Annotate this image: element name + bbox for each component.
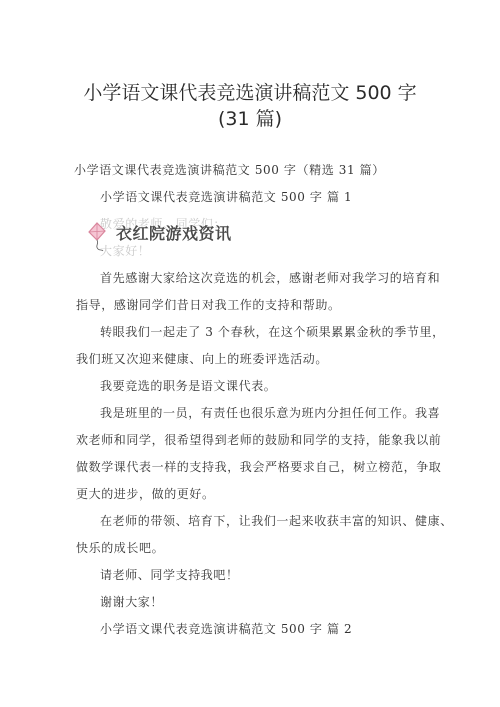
document-title-line2: (31 篇) — [0, 106, 500, 132]
paragraph-5-line-2: 快乐的成长吧。 — [76, 540, 164, 556]
paragraph-4-line-1: 我是班里的一员，有责任也很乐意为班内分担任何工作。我喜 — [100, 405, 440, 421]
paragraph-7-line-1: 谢谢大家！ — [100, 594, 163, 610]
paragraph-2-line-2: 我们班又次迎来健康、向上的班委评选活动。 — [76, 351, 328, 367]
paragraph-4-line-4: 更大的进步，做的更好。 — [76, 486, 215, 502]
paragraph-1-line-2: 指导，感谢同学们昔日对我工作的支持和帮助。 — [76, 297, 341, 313]
document-title-line1: 小学语文课代表竞选演讲稿范文 500 字 — [0, 80, 500, 106]
paragraph-1-line-1: 首先感谢大家给这次竞选的机会，感谢老师对我学习的培育和 — [100, 270, 440, 286]
paragraph-5-line-1: 在老师的带领、培育下，让我们一起来收获丰富的知识、健康、 — [100, 513, 453, 529]
paragraph-6-line-1: 请老师、同学支持我吧！ — [100, 567, 239, 583]
paragraph-2-line-1: 转眼我们一起走了 3 个春秋，在这个硕果累累金秋的季节里， — [100, 324, 445, 340]
document-subtitle: 小学语文课代表竞选演讲稿范文 500 字（精选 31 篇） — [74, 162, 385, 178]
watermark: 衣红院游戏资讯 — [86, 218, 232, 254]
kite-icon — [86, 219, 114, 253]
paragraph-4-line-2: 欢老师和同学，很希望得到老师的鼓励和同学的支持，能象我以前 — [76, 432, 441, 448]
document-page: 小学语文课代表竞选演讲稿范文 500 字 (31 篇) 小学语文课代表竞选演讲稿… — [0, 0, 500, 707]
paragraph-4-line-3: 做数学课代表一样的支持我，我会严格要求自己，树立榜范，争取 — [76, 459, 441, 475]
paragraph-3-line-1: 我要竞选的职务是语文课代表。 — [100, 378, 276, 394]
section-heading-1: 小学语文课代表竞选演讲稿范文 500 字 篇 1 — [100, 189, 352, 205]
watermark-text: 衣红院游戏资讯 — [116, 221, 232, 244]
section-heading-2: 小学语文课代表竞选演讲稿范文 500 字 篇 2 — [100, 621, 352, 637]
